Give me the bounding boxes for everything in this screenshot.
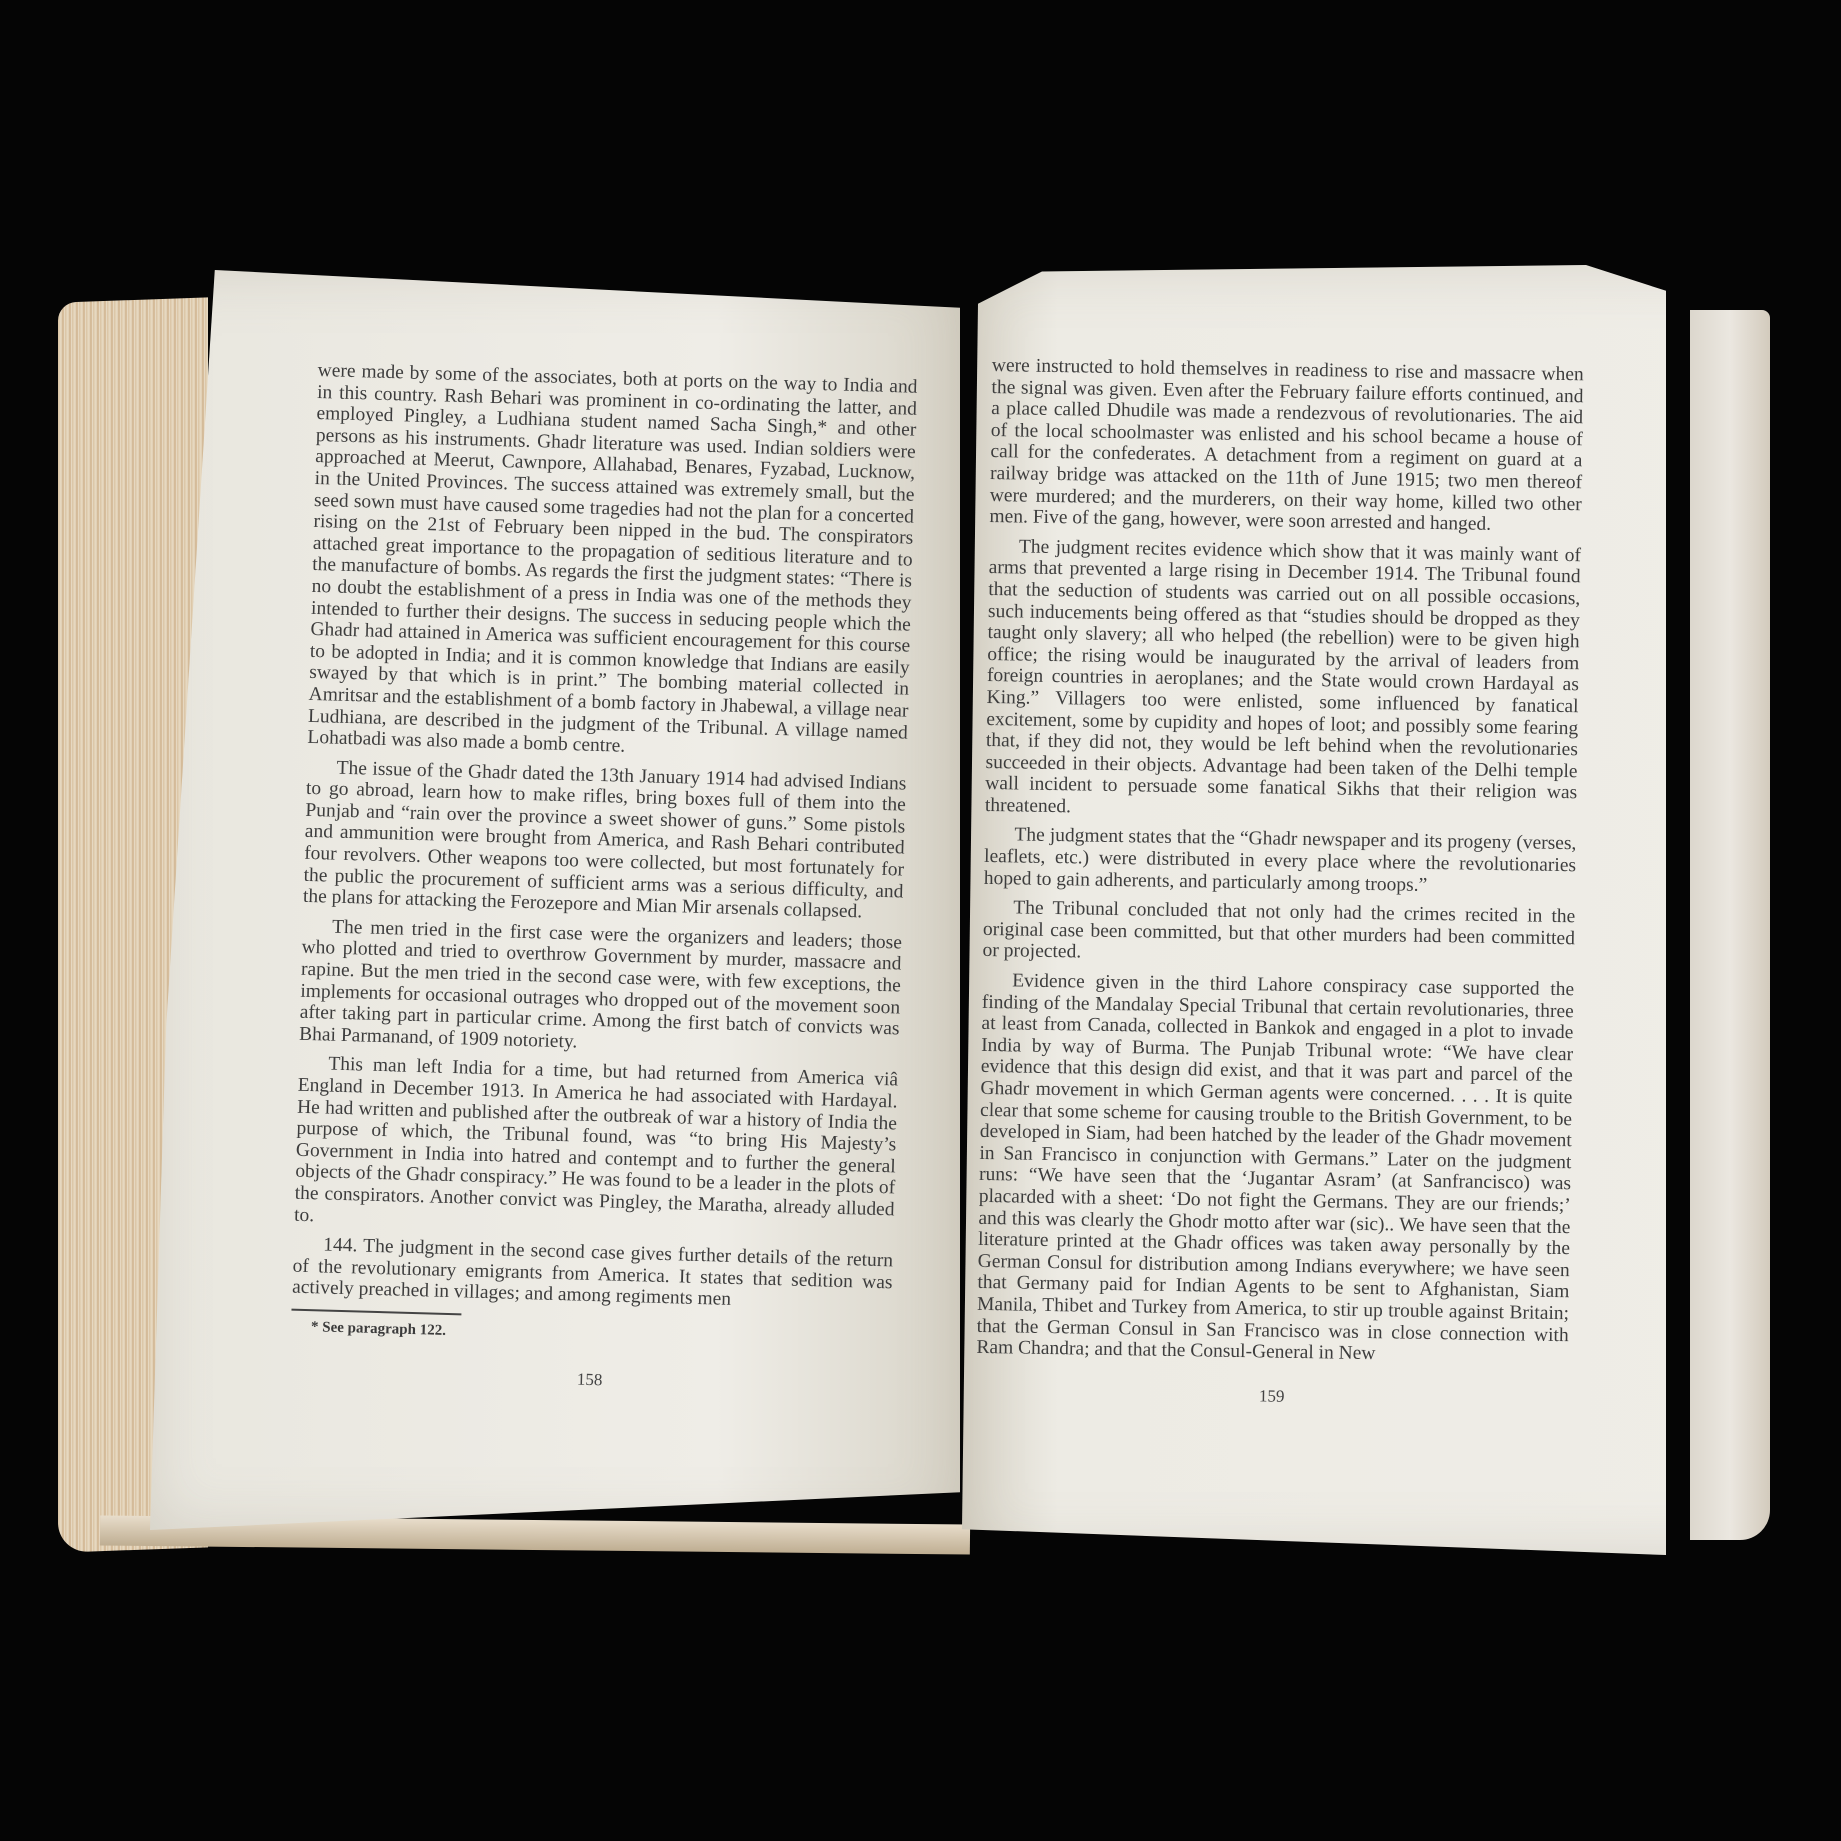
paragraph: This man left India for a time, but had … — [294, 1053, 899, 1242]
paragraph: Evidence given in the third Lahore consp… — [976, 970, 1574, 1368]
paragraph-144: 144. The judgment in the second case giv… — [292, 1234, 894, 1316]
paragraph: The judgment states that the “Ghadr news… — [984, 824, 1577, 898]
paragraph: The issue of the Ghadr dated the 13th Ja… — [303, 757, 907, 925]
paragraph: were made by some of the associates, bot… — [307, 360, 918, 765]
paragraph: The judgment recites evidence which show… — [985, 536, 1581, 826]
right-page-text: were instructed to hold themselves in re… — [976, 355, 1584, 1411]
footnote: * See paragraph 122. — [311, 1317, 891, 1355]
page-edges-right — [1690, 310, 1770, 1540]
open-book: were made by some of the associates, bot… — [0, 0, 1841, 1841]
footnote-divider — [291, 1309, 461, 1316]
paragraph: The Tribunal concluded that not only had… — [982, 897, 1575, 971]
paragraph: The men tried in the first case were the… — [299, 916, 902, 1062]
left-page-text: were made by some of the associates, bot… — [289, 360, 917, 1398]
paragraph: were instructed to hold themselves in re… — [989, 355, 1584, 537]
